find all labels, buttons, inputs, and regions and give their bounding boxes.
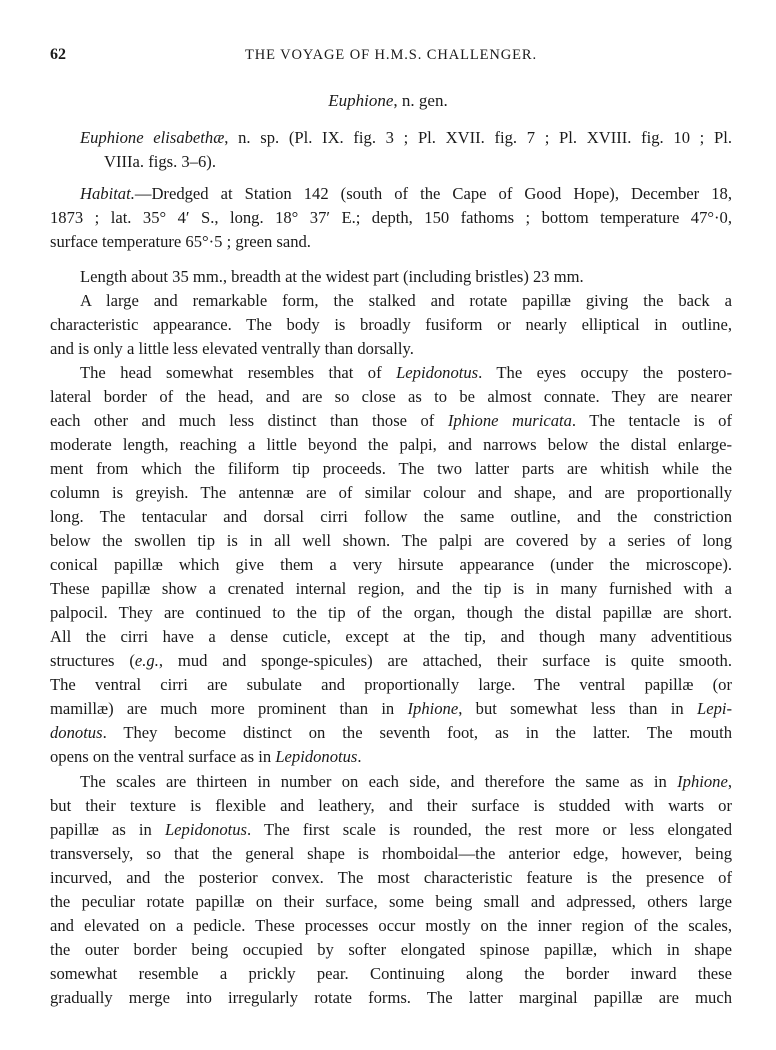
text: . The tentacle is of: [572, 411, 732, 430]
p3-line-2: but their texture is flexible and leathe…: [50, 796, 732, 816]
habitat-label: Habitat.: [80, 184, 135, 203]
taxon: Lepi-: [697, 699, 732, 718]
p1-line-3: and is only a little less elevated ventr…: [50, 339, 732, 359]
text: .: [357, 747, 361, 766]
p2-line-15: mamillæ) are much more prominent than in…: [50, 699, 732, 719]
document-page: 62 THE VOYAGE OF H.M.S. CHALLENGER. Euph…: [0, 0, 776, 1050]
text: ,: [728, 772, 732, 791]
p1-line-1: A large and remarkable form, the stalked…: [80, 291, 732, 311]
habitat-text: —Dredged at Station 142 (south of the Ca…: [135, 184, 732, 203]
text: , but somewhat less than in: [458, 699, 697, 718]
p3-line-8: the outer border being occupied by softe…: [50, 940, 732, 960]
p3-line-1: The scales are thirteen in number on eac…: [80, 772, 732, 792]
species-plates: , n. sp. (Pl. IX. fig. 3 ; Pl. XVII. fig…: [224, 128, 732, 147]
p2-line-11: palpocil. They are continued to the tip …: [50, 603, 732, 623]
length-line: Length about 35 mm., breadth at the wide…: [80, 267, 732, 287]
p2-line-1: The head somewhat resembles that of Lepi…: [80, 363, 732, 383]
p3-line-9: somewhat resemble a prickly pear. Contin…: [50, 964, 732, 984]
habitat-line-3: surface temperature 65°·5 ; green sand.: [50, 232, 732, 252]
p2-line-3: each other and much less distinct than t…: [50, 411, 732, 431]
p3-line-6: the peculiar rotate papillæ on their sur…: [50, 892, 732, 912]
taxon: Lepidonotus: [396, 363, 478, 382]
species-name: Euphione elisabethæ: [80, 128, 224, 147]
taxon: Iphione: [408, 699, 459, 718]
taxon: Lepidonotus: [275, 747, 357, 766]
text: The head somewhat resembles that of: [80, 363, 396, 382]
p3-line-3: papillæ as in Lepidonotus. The first sca…: [50, 820, 732, 840]
p2-line-6: column is greyish. The antennæ are of si…: [50, 483, 732, 503]
genus-suffix: , n. gen.: [393, 91, 447, 110]
p2-line-5: ment from which the filiform tip proceed…: [50, 459, 732, 479]
habitat-line-2: 1873 ; lat. 35° 4′ S., long. 18° 37′ E.;…: [50, 208, 732, 228]
taxon: donotus: [50, 723, 103, 742]
text: , mud and sponge-spicules) are attached,…: [159, 651, 732, 670]
p2-line-7: long. The tentacular and dorsal cirri fo…: [50, 507, 732, 527]
p2-line-13: structures (e.g., mud and sponge-spicule…: [50, 651, 732, 671]
taxon: Iphione muricata: [448, 411, 572, 430]
p2-line-12: All the cirri have a dense cuticle, exce…: [50, 627, 732, 647]
text: structures (: [50, 651, 135, 670]
p2-line-10: These papillæ show a crenated internal r…: [50, 579, 732, 599]
habitat-line-1: Habitat.—Dredged at Station 142 (south o…: [80, 184, 732, 204]
abbrev: e.g.: [135, 651, 159, 670]
text: . The eyes occupy the postero-: [478, 363, 732, 382]
p3-line-4: transversely, so that the general shape …: [50, 844, 732, 864]
p3-line-7: and elevated on a pedicle. These process…: [50, 916, 732, 936]
species-heading-line-1: Euphione elisabethæ, n. sp. (Pl. IX. fig…: [80, 128, 732, 148]
p3-line-10: gradually merge into irregularly rotate …: [50, 988, 732, 1008]
p2-line-2: lateral border of the head, and are so c…: [50, 387, 732, 407]
p1-line-2: characteristic appearance. The body is b…: [50, 315, 732, 335]
p2-line-17: opens on the ventral surface as in Lepid…: [50, 747, 732, 767]
genus-heading: Euphione, n. gen.: [0, 91, 776, 111]
text: mamillæ) are much more prominent than in: [50, 699, 408, 718]
p2-line-14: The ventral cirri are subulate and propo…: [50, 675, 732, 695]
text: . They become distinct on the seventh fo…: [103, 723, 732, 742]
p2-line-8: below the swollen tip is in all well sho…: [50, 531, 732, 551]
text: each other and much less distinct than t…: [50, 411, 448, 430]
p2-line-9: conical papillæ which give them a very h…: [50, 555, 732, 575]
genus-name: Euphione: [328, 91, 393, 110]
text: The scales are thirteen in number on eac…: [80, 772, 677, 791]
p2-line-4: moderate length, reaching a little beyon…: [50, 435, 732, 455]
running-title: THE VOYAGE OF H.M.S. CHALLENGER.: [50, 47, 732, 64]
text: opens on the ventral surface as in: [50, 747, 275, 766]
text: papillæ as in: [50, 820, 165, 839]
p3-line-5: incurved, and the posterior convex. The …: [50, 868, 732, 888]
p2-line-16: donotus. They become distinct on the sev…: [50, 723, 732, 743]
page-header: 62 THE VOYAGE OF H.M.S. CHALLENGER.: [50, 46, 732, 68]
taxon: Lepidonotus: [165, 820, 247, 839]
species-heading-line-2: VIIIa. figs. 3–6).: [104, 152, 732, 172]
text: . The first scale is rounded, the rest m…: [247, 820, 732, 839]
taxon: Iphione: [677, 772, 728, 791]
